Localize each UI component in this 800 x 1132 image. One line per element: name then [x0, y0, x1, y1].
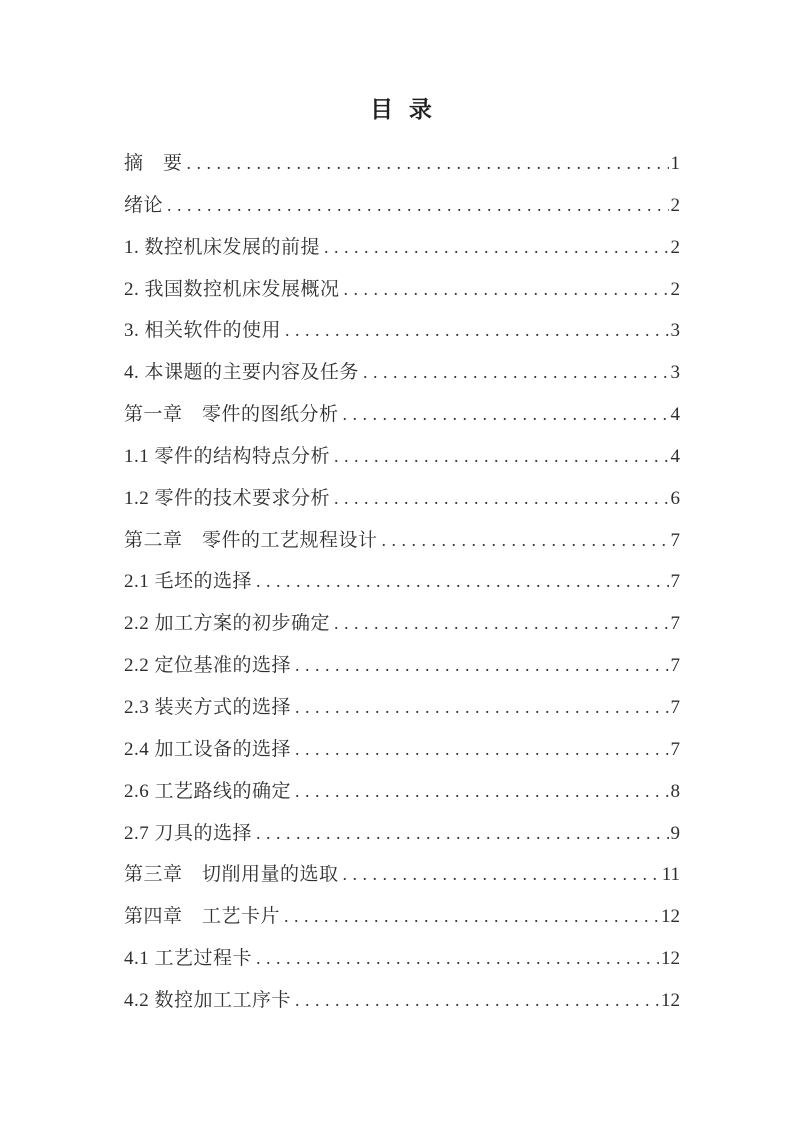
dot-leader [344, 278, 669, 301]
dot-leader [295, 738, 668, 761]
toc-entry-label: 2. 我国数控机床发展概况 [124, 278, 340, 301]
toc-entry-page: 7 [671, 738, 681, 761]
toc-entry: 4. 本课题的主要内容及任务 3 [124, 361, 680, 403]
toc-entry: 第三章 切削用量的选取 11 [124, 863, 680, 905]
dot-leader [167, 194, 668, 217]
toc-entry-page: 9 [671, 822, 681, 845]
toc-entry: 1. 数控机床发展的前提 2 [124, 236, 680, 278]
toc-entry: 2.2 加工方案的初步确定 7 [124, 612, 680, 654]
toc-entry: 第一章 零件的图纸分析 4 [124, 403, 680, 445]
toc-entry-page: 3 [671, 319, 681, 342]
dot-leader [295, 989, 659, 1012]
page-title: 目 录 [124, 94, 680, 126]
toc-entry-page: 12 [661, 989, 680, 1012]
dot-leader [256, 947, 659, 970]
toc-entry-label: 2.1 毛坯的选择 [124, 570, 252, 593]
dot-leader [285, 319, 668, 342]
toc-entry: 4.1 工艺过程卡 12 [124, 947, 680, 989]
toc-entry-label: 第二章 零件的工艺规程设计 [124, 529, 378, 552]
toc-entry: 第二章 零件的工艺规程设计 7 [124, 529, 680, 571]
toc-entry-label: 4. 本课题的主要内容及任务 [124, 361, 359, 384]
toc-entry: 2.3 装夹方式的选择 7 [124, 696, 680, 738]
dot-leader [382, 529, 669, 552]
toc-entry: 2.4 加工设备的选择 7 [124, 738, 680, 780]
toc-entry-page: 7 [671, 570, 681, 593]
dot-leader [334, 487, 668, 510]
dot-leader [295, 696, 668, 719]
toc-entry: 2.1 毛坯的选择 7 [124, 570, 680, 612]
dot-leader [295, 654, 668, 677]
toc-entry-page: 7 [671, 696, 681, 719]
toc-entry-page: 12 [661, 947, 680, 970]
toc-entry-page: 1 [671, 152, 681, 175]
toc-entry: 2.6 工艺路线的确定 8 [124, 780, 680, 822]
toc-entry-label: 第四章 工艺卡片 [124, 905, 280, 928]
toc-entry: 3. 相关软件的使用 3 [124, 319, 680, 361]
toc-entry-label: 2.4 加工设备的选择 [124, 738, 291, 761]
toc-entry-page: 6 [671, 487, 681, 510]
toc-entry-label: 2.7 刀具的选择 [124, 822, 252, 845]
dot-leader [334, 612, 668, 635]
toc-entry-label: 4.1 工艺过程卡 [124, 947, 252, 970]
toc-entry: 2. 我国数控机床发展概况 2 [124, 278, 680, 320]
toc-entry-label: 2.6 工艺路线的确定 [124, 780, 291, 803]
toc-entry-page: 12 [661, 905, 680, 928]
toc-entry: 1.1 零件的结构特点分析 4 [124, 445, 680, 487]
toc-entry: 1.2 零件的技术要求分析 6 [124, 487, 680, 529]
dot-leader [256, 570, 668, 593]
toc-entry-page: 7 [671, 654, 681, 677]
toc-entry-page: 2 [671, 194, 681, 217]
toc-entry-page: 11 [662, 863, 680, 886]
toc-entry-page: 8 [671, 780, 681, 803]
toc-entry-label: 绪论 [124, 194, 163, 217]
toc-entry-label: 2.2 加工方案的初步确定 [124, 612, 330, 635]
toc-entry-label: 2.2 定位基准的选择 [124, 654, 291, 677]
toc-entry-label: 第一章 零件的图纸分析 [124, 403, 339, 426]
dot-leader [363, 361, 668, 384]
dot-leader [343, 403, 669, 426]
toc-entry-page: 2 [671, 278, 681, 301]
dot-leader [334, 445, 668, 468]
toc-entry: 2.2 定位基准的选择 7 [124, 654, 680, 696]
toc-entry: 4.2 数控加工工序卡 12 [124, 989, 680, 1031]
toc-entry: 绪论 2 [124, 194, 680, 236]
toc-entry-page: 2 [671, 236, 681, 259]
toc-entry-page: 7 [671, 529, 681, 552]
toc-entry: 摘 要 1 [124, 152, 680, 194]
toc-entry-page: 7 [671, 612, 681, 635]
dot-leader [324, 236, 668, 259]
toc-entry-label: 1.2 零件的技术要求分析 [124, 487, 330, 510]
toc-entry-page: 4 [671, 445, 681, 468]
toc-entry-page: 4 [671, 403, 681, 426]
toc-entry: 第四章 工艺卡片 12 [124, 905, 680, 947]
toc-entry-label: 1. 数控机床发展的前提 [124, 236, 320, 259]
dot-leader [256, 822, 668, 845]
toc-entry-page: 3 [671, 361, 681, 384]
dot-leader [187, 152, 669, 175]
dot-leader [343, 863, 660, 886]
toc-entry-label: 第三章 切削用量的选取 [124, 863, 339, 886]
dot-leader [284, 905, 659, 928]
toc-entry: 2.7 刀具的选择 9 [124, 822, 680, 864]
toc-entry-label: 3. 相关软件的使用 [124, 319, 281, 342]
toc-entry-label: 2.3 装夹方式的选择 [124, 696, 291, 719]
document-page: 目 录 摘 要 1 绪论 2 1. 数控机床发展的前提 2 2. 我国数控机床发… [0, 0, 800, 1132]
toc-entry-label: 1.1 零件的结构特点分析 [124, 445, 330, 468]
toc-entry-label: 摘 要 [124, 152, 183, 175]
toc-entry-label: 4.2 数控加工工序卡 [124, 989, 291, 1012]
toc-list: 摘 要 1 绪论 2 1. 数控机床发展的前提 2 2. 我国数控机床发展概况 … [124, 152, 680, 1031]
dot-leader [295, 780, 668, 803]
